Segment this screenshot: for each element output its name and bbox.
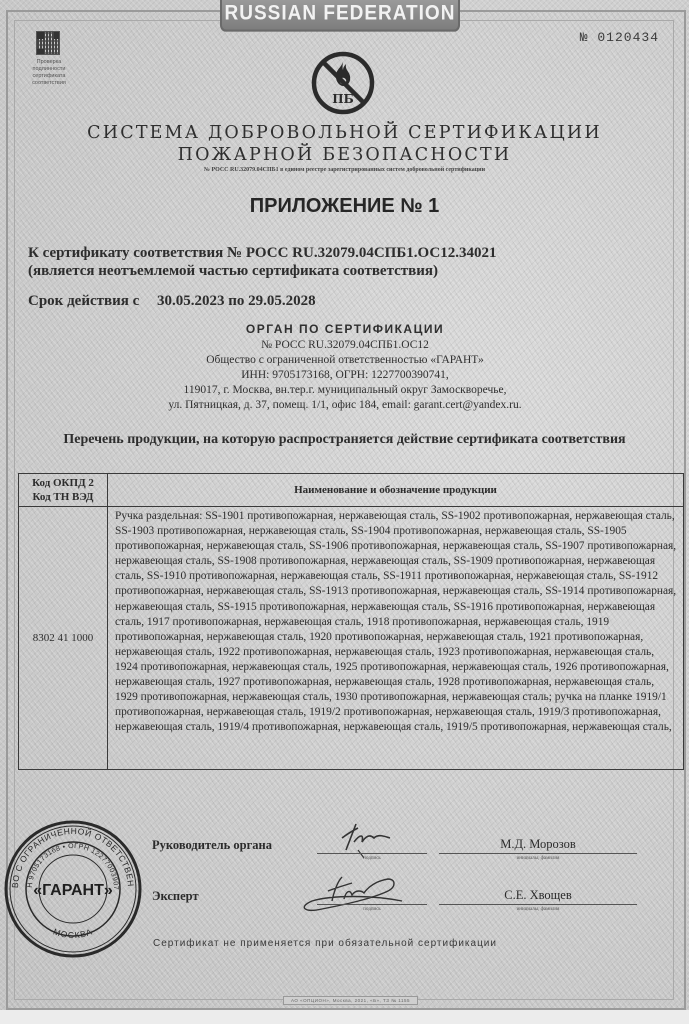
signature-row-head: Руководитель органа подпись М.Д. Морозов…: [152, 838, 632, 868]
product-code: 8302 41 1000: [19, 507, 108, 770]
system-title-line1: СИСТЕМА ДОБРОВОЛЬНОЙ СЕРТИФИКАЦИИ: [0, 122, 689, 144]
table-row: 8302 41 1000 Ручка раздельная: SS-1901 п…: [19, 507, 684, 770]
system-title: СИСТЕМА ДОБРОВОЛЬНОЙ СЕРТИФИКАЦИИ ПОЖАРН…: [0, 122, 689, 166]
svg-text:МОСКВА: МОСКВА: [52, 926, 94, 940]
name-caption: инициалы, фамилия: [439, 907, 637, 912]
qr-code-icon[interactable]: [36, 31, 60, 55]
registry-line: № РОСС RU.32079.04СПБ1 в едином реестре …: [0, 167, 689, 173]
certificate-reference-note: (является неотъемлемой частью сертификат…: [28, 262, 648, 280]
certificate-sheet: RUSSIAN FEDERATION № 0120434 Проверка по…: [0, 0, 689, 1024]
validity-period: Срок действия с 30.05.2023 по 29.05.2028: [28, 293, 316, 310]
certificate-reference: К сертификату соответствия № РОСС RU.320…: [28, 244, 648, 280]
product-description: Ручка раздельная: SS-1901 противопожарна…: [108, 507, 684, 770]
country-banner: RUSSIAN FEDERATION: [220, 0, 460, 32]
company-seal-icon: ОБЩЕСТВО С ОГРАНИЧЕННОЙ ОТВЕТСТВЕННОСТЬЮ…: [2, 818, 144, 960]
product-list-heading: Перечень продукции, на которую распростр…: [0, 432, 689, 448]
appendix-title: ПРИЛОЖЕНИЕ № 1: [0, 195, 689, 218]
signatory-name: М.Д. Морозов: [439, 837, 637, 852]
certificate-reference-number: К сертификату соответствия № РОСС RU.320…: [28, 244, 648, 262]
column-header-code: Код ОКПД 2 Код ТН ВЭД: [19, 474, 108, 507]
signatory-name: С.Е. Хвощев: [439, 888, 637, 903]
signature-line: [317, 904, 427, 905]
table-header-row: Код ОКПД 2 Код ТН ВЭД Наименование и обо…: [19, 474, 684, 507]
printer-imprint: АО «ОПЦИОН», Москва, 2021, «Б», ТЗ № 115…: [283, 996, 418, 1005]
signature-row-expert: Эксперт подпись С.Е. Хвощев инициалы, фа…: [152, 889, 632, 919]
svg-text:«ГАРАНТ»: «ГАРАНТ»: [33, 882, 113, 899]
certification-body-name: Общество с ограниченной ответственностью…: [80, 353, 610, 368]
signatory-role: Эксперт: [152, 889, 199, 904]
product-table: Код ОКПД 2 Код ТН ВЭД Наименование и обо…: [18, 473, 684, 770]
validity-dates: 30.05.2023 по 29.05.2028: [157, 293, 316, 309]
certification-body-ids: ИНН: 9705173168, ОГРН: 1227700390741,: [80, 368, 610, 383]
certification-body-address-2: ул. Пятницкая, д. 37, помещ. 1/1, офис 1…: [80, 398, 610, 413]
signature-icon: [292, 871, 422, 921]
name-line: [439, 853, 637, 854]
qr-caption: Проверка подлинности сертификата соответ…: [28, 59, 70, 87]
disclaimer: Сертификат не применяется при обязательн…: [153, 938, 497, 949]
certification-body-title: ОРГАН ПО СЕРТИФИКАЦИИ: [80, 322, 610, 337]
certification-body-address-1: 119017, г. Москва, вн.тер.г. муниципальн…: [80, 383, 610, 398]
validity-label: Срок действия с: [28, 293, 139, 309]
name-line: [439, 904, 637, 905]
column-header-name: Наименование и обозначение продукции: [108, 474, 684, 507]
form-serial-number: № 0120434: [580, 30, 659, 45]
signature-line: [317, 853, 427, 854]
signature-caption: подпись: [317, 856, 427, 861]
signatory-role: Руководитель органа: [152, 838, 272, 853]
svg-text:ПБ: ПБ: [332, 92, 354, 106]
certification-body-number: № РОСС RU.32079.04СПБ1.ОС12: [80, 338, 610, 353]
signature-caption: подпись: [317, 907, 427, 912]
name-caption: инициалы, фамилия: [439, 856, 637, 861]
signature-icon: [334, 820, 404, 860]
page-edge: [0, 1010, 689, 1024]
no-fire-icon: ПБ: [308, 48, 378, 118]
certification-body: ОРГАН ПО СЕРТИФИКАЦИИ № РОСС RU.32079.04…: [80, 322, 610, 413]
system-title-line2: ПОЖАРНОЙ БЕЗОПАСНОСТИ: [0, 144, 689, 166]
